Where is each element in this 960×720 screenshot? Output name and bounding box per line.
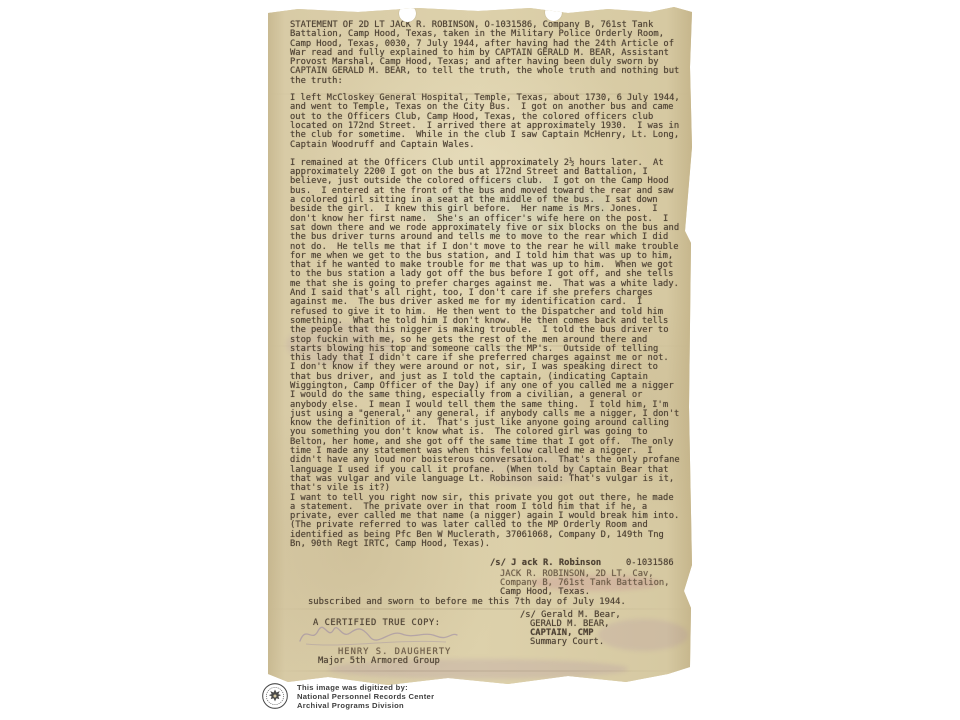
statement-paragraph-3: I want to tell you right now sir, this p…: [290, 494, 682, 550]
daugherty-typed-title: Major 5th Armored Group: [318, 657, 440, 666]
scan-background: STATEMENT OF 2D LT JACK R. ROBINSON, O-1…: [0, 0, 960, 720]
footer-line-1: This image was digitized by:: [297, 683, 434, 692]
document-page: STATEMENT OF 2D LT JACK R. ROBINSON, O-1…: [268, 7, 692, 686]
nara-eagle-seal-icon: [261, 682, 289, 710]
footer-line-2: National Personnel Records Center: [297, 692, 434, 701]
stamp-bleed: [598, 619, 688, 651]
daugherty-signature-ink: [296, 619, 461, 649]
statement-body: STATEMENT OF 2D LT JACK R. ROBINSON, O-1…: [290, 21, 682, 549]
paper-crease: [268, 608, 692, 610]
statement-header: STATEMENT OF 2D LT JACK R. ROBINSON, O-1…: [290, 21, 682, 86]
sworn-statement-line: subscribed and sworn to before me this 7…: [308, 598, 626, 607]
footer-line-3: Archival Programs Division: [297, 701, 434, 710]
punch-hole: [545, 4, 562, 21]
statement-paragraph-1: I left McCloskey General Hospital, Templ…: [290, 94, 682, 150]
punch-hole: [399, 5, 416, 22]
robinson-typed-location: Camp Hood, Texas.: [500, 588, 590, 597]
statement-paragraph-2: I remained at the Officers Club until ap…: [290, 159, 682, 494]
robinson-signature-line: /s/ J ack R. Robinson: [490, 559, 601, 568]
bear-court: Summary Court.: [530, 638, 604, 647]
robinson-serial: 0-1031586: [626, 559, 674, 568]
digitization-footer: This image was digitized by: National Pe…: [261, 682, 434, 710]
